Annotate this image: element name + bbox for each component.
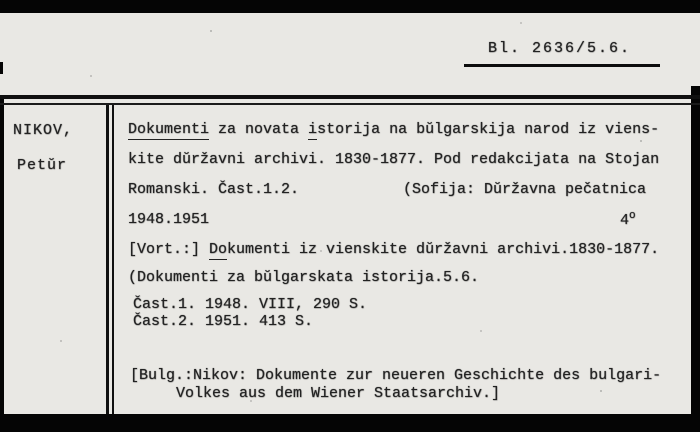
shelfmark: Bl. 2636/5.6. — [488, 40, 631, 58]
scan-left-mark — [0, 62, 3, 74]
scan-bottom-bar — [0, 414, 700, 432]
istorija-i-underlined: i — [308, 121, 317, 140]
author-surname: NIKOV, — [13, 122, 73, 140]
entry-line-4-years: 1948.1951 — [128, 211, 209, 229]
entry-line-1-rest: storija na bŭlgarskija narod iz viens- — [317, 121, 659, 138]
entry-line-2: kite dŭržavni archivi. 1830-1877. Pod re… — [128, 151, 659, 169]
horizontal-rule-thick — [0, 95, 700, 99]
entry-line-1-mid: za novata — [209, 121, 308, 138]
line5-rest: kumenti iz vienskite dŭržavni archivi.18… — [227, 241, 659, 258]
scan-left-edge — [0, 96, 4, 432]
entry-line-3-imprint: (Sofija: Dŭržavna pečatnica — [403, 181, 646, 199]
scan-top-bar — [0, 0, 700, 13]
note-german-line-1: [Bulg.:Nikov: Dokumente zur neueren Gesc… — [130, 367, 661, 385]
author-firstname: Petŭr — [17, 157, 67, 175]
entry-line-6-series: (Dokumenti za bŭlgarskata istorija.5.6. — [128, 269, 479, 287]
entry-line-1: Dokumenti za novata istorija na bŭlgarsk… — [128, 121, 659, 139]
title-word-underlined: Dokumenti — [128, 121, 209, 140]
format-sup: o — [629, 210, 636, 222]
shelfmark-underline — [464, 64, 660, 67]
vort-bracket: [Vort.:] — [128, 241, 209, 258]
scan-noise — [0, 0, 2, 2]
entry-part-1: Čast.1. 1948. VIII, 290 S. — [133, 296, 367, 314]
entry-line-3-left: Romanski. Čast.1.2. — [128, 181, 299, 199]
scan-right-edge — [691, 86, 700, 432]
catalog-card-scan: Bl. 2636/5.6. NIKOV, Petŭr Dokumenti za … — [0, 0, 700, 432]
note-german-line-2: Volkes aus dem Wiener Staatsarchiv.] — [176, 385, 500, 403]
line5-underlined: Do — [209, 241, 227, 260]
vertical-rule-inner — [112, 105, 114, 414]
entry-part-2: Čast.2. 1951. 413 S. — [133, 313, 313, 331]
horizontal-rule-thin — [0, 103, 700, 105]
format-quarto: 4o — [620, 207, 636, 230]
vertical-rule-outer — [106, 105, 109, 414]
entry-line-5: [Vort.:] Dokumenti iz vienskite dŭržavni… — [128, 241, 659, 259]
format-number: 4 — [620, 212, 629, 229]
